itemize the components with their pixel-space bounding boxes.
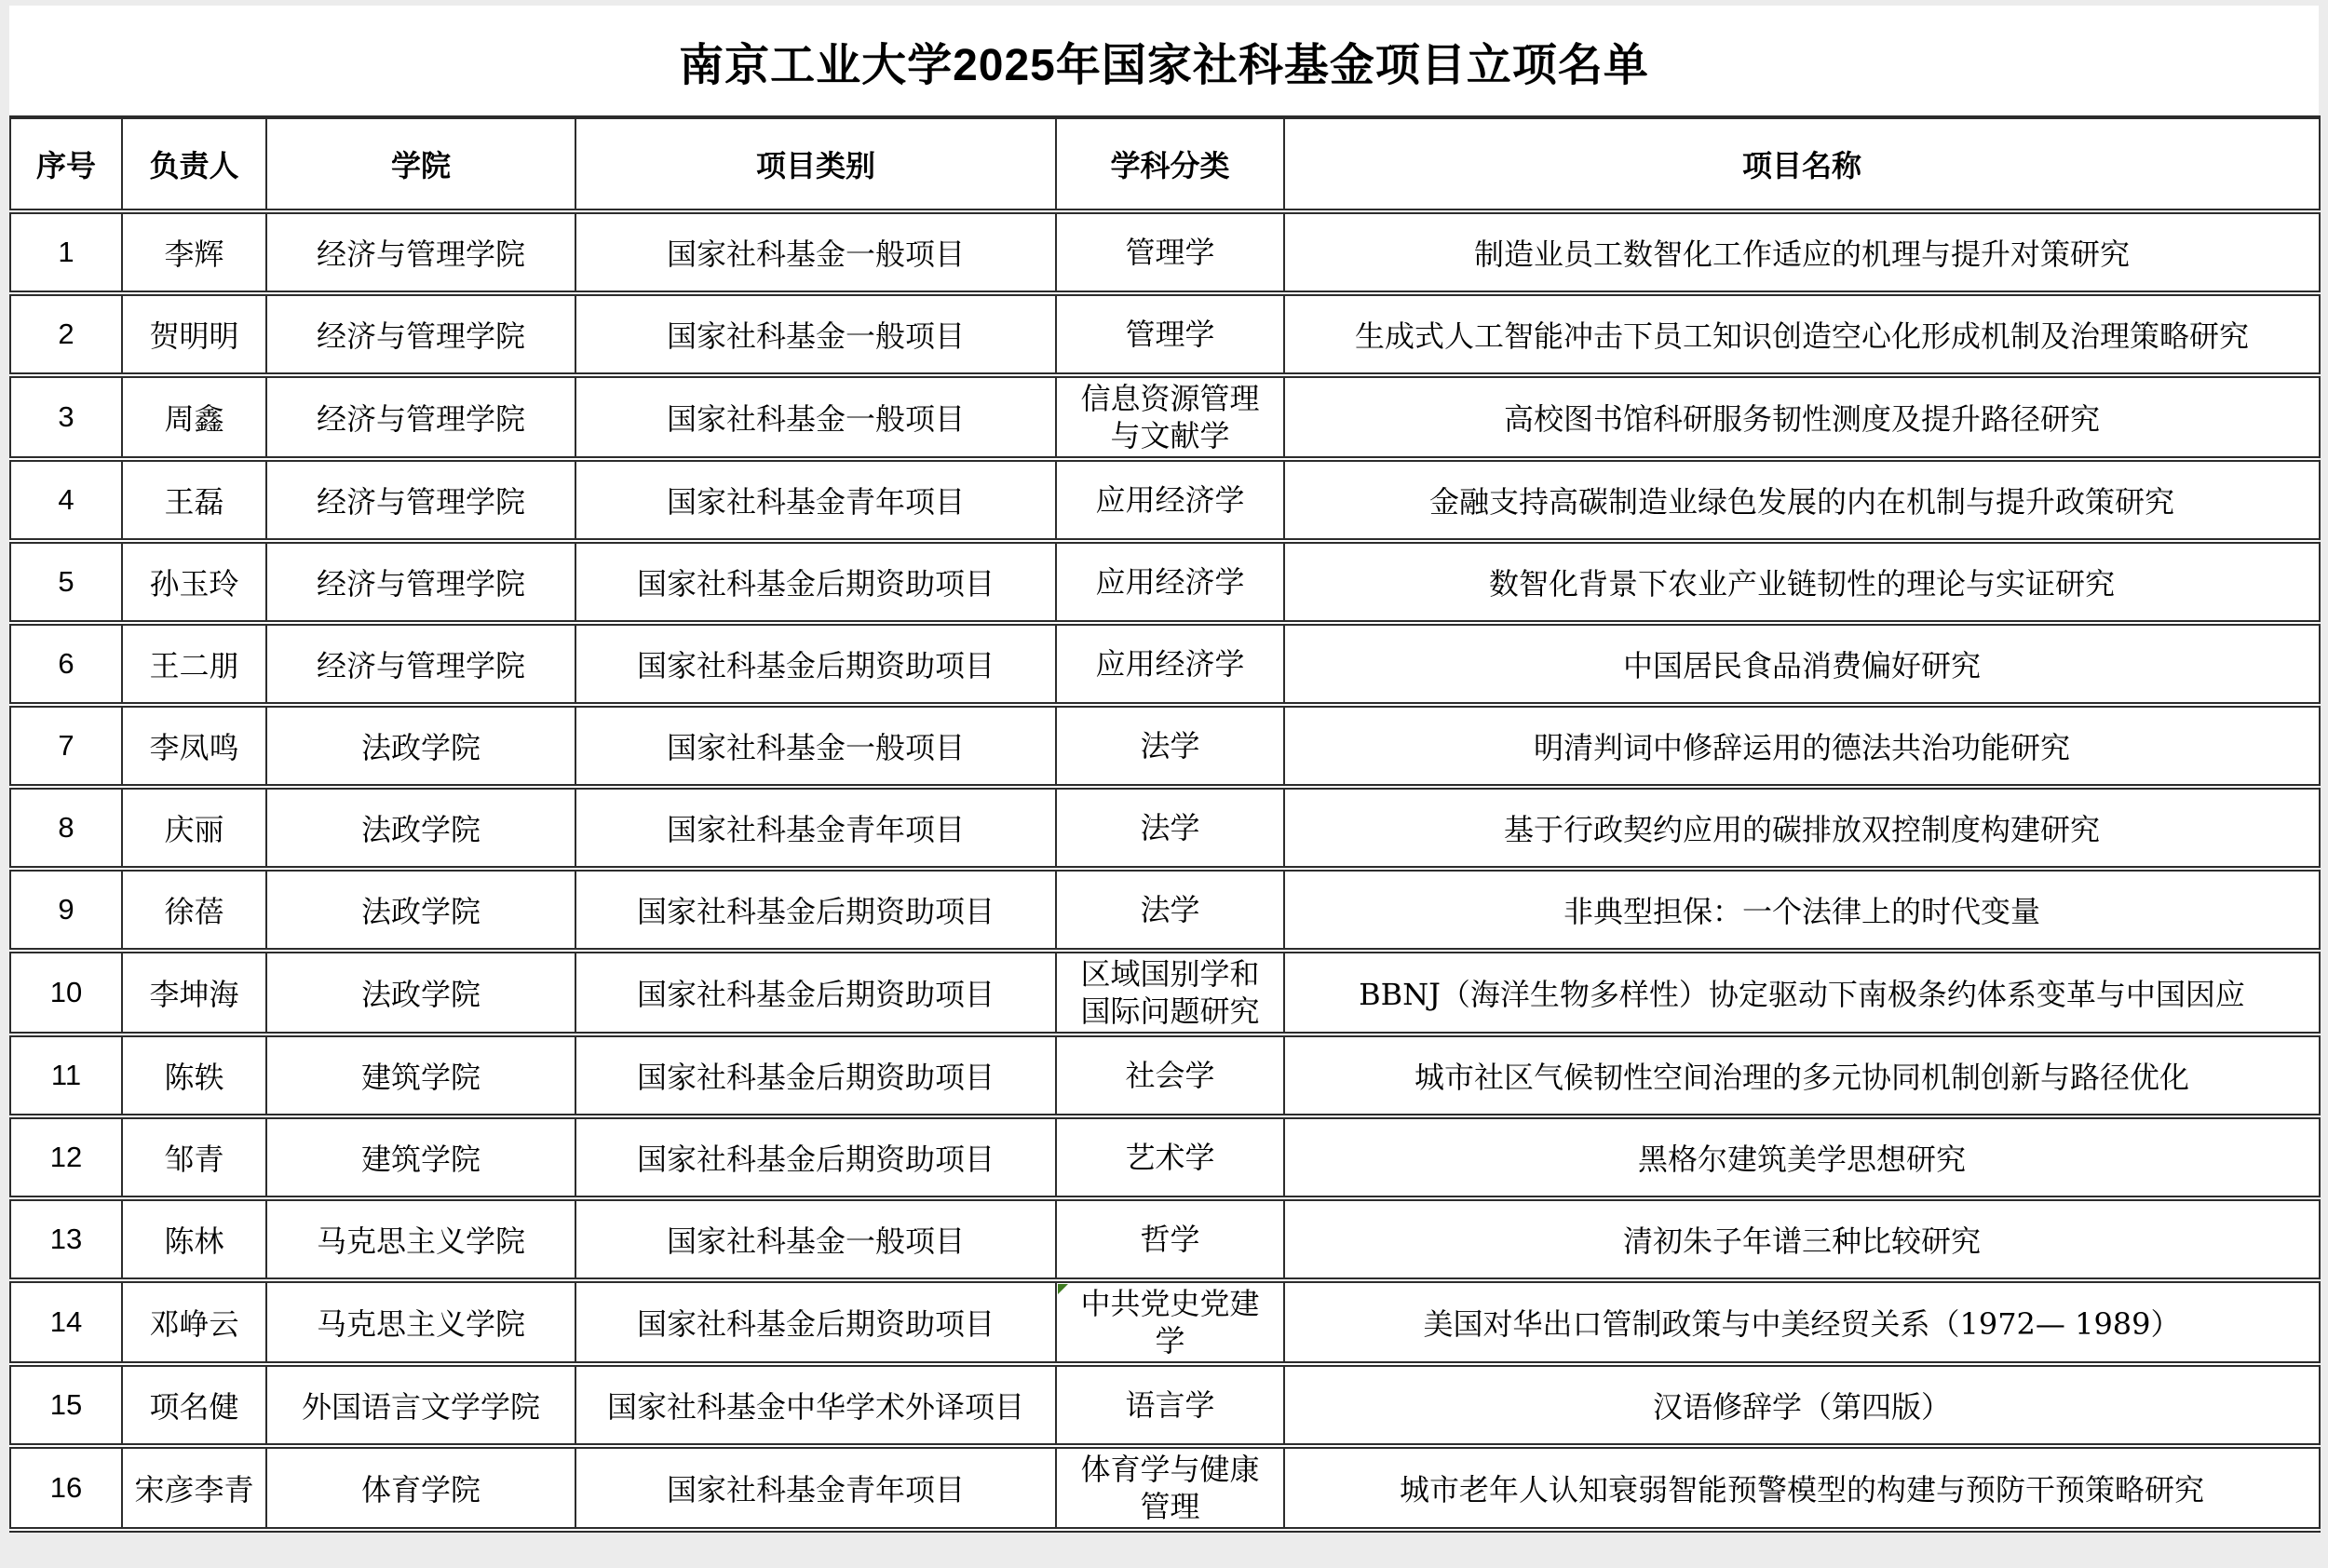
col-header-no: 序号 [10,117,122,211]
cell-discipline: 法学 [1056,869,1284,951]
cell-discipline: 管理学 [1056,293,1284,375]
cell-project: 汉语修辞学（第四版） [1284,1364,2320,1446]
cell-project: 城市社区气候韧性空间治理的多元协同机制创新与路径优化 [1284,1034,2320,1116]
cell-category: 国家社科基金后期资助项目 [575,1116,1056,1198]
cell-project: BBNJ（海洋生物多样性）协定驱动下南极条约体系变革与中国因应 [1284,951,2320,1034]
cell-leader: 邓峥云 [122,1280,266,1364]
project-table: 序号 负责人 学院 项目类别 学科分类 项目名称 1 李辉 经济与管理学院 国家… [9,115,2321,1533]
cell-category: 国家社科基金青年项目 [575,787,1056,869]
cell-no: 14 [10,1280,122,1364]
cell-category: 国家社科基金中华学术外译项目 [575,1364,1056,1446]
table-row: 15 项名健 外国语言文学学院 国家社科基金中华学术外译项目 语言学 汉语修辞学… [10,1364,2320,1446]
cell-leader: 陈林 [122,1198,266,1280]
cell-no: 15 [10,1364,122,1446]
cell-project: 明清判词中修辞运用的德法共治功能研究 [1284,705,2320,787]
cell-leader: 徐蓓 [122,869,266,951]
cell-leader: 李辉 [122,211,266,293]
cell-discipline: 应用经济学 [1056,623,1284,705]
cell-leader: 李坤海 [122,951,266,1034]
cell-no: 11 [10,1034,122,1116]
cell-no: 4 [10,459,122,541]
col-header-college: 学院 [266,117,575,211]
cell-college: 法政学院 [266,951,575,1034]
cell-no: 8 [10,787,122,869]
cell-discipline: 区域国别学和 国际问题研究 [1056,951,1284,1034]
cell-leader: 贺明明 [122,293,266,375]
table-row: 2 贺明明 经济与管理学院 国家社科基金一般项目 管理学 生成式人工智能冲击下员… [10,293,2320,375]
cell-discipline: 社会学 [1056,1034,1284,1116]
cell-discipline: 中共党史党建 学 [1056,1280,1284,1364]
table-row: 7 李凤鸣 法政学院 国家社科基金一般项目 法学 明清判词中修辞运用的德法共治功… [10,705,2320,787]
cell-college: 经济与管理学院 [266,375,575,459]
cell-leader: 邹青 [122,1116,266,1198]
cell-discipline: 应用经济学 [1056,541,1284,623]
cell-leader: 孙玉玲 [122,541,266,623]
cell-no: 12 [10,1116,122,1198]
header-row: 序号 负责人 学院 项目类别 学科分类 项目名称 [10,117,2320,211]
cell-discipline: 语言学 [1056,1364,1284,1446]
table-row: 8 庆丽 法政学院 国家社科基金青年项目 法学 基于行政契约应用的碳排放双控制度… [10,787,2320,869]
cell-no: 1 [10,211,122,293]
cell-leader: 陈轶 [122,1034,266,1116]
cell-project: 中国居民食品消费偏好研究 [1284,623,2320,705]
cell-project: 清初朱子年谱三种比较研究 [1284,1198,2320,1280]
cell-category: 国家社科基金后期资助项目 [575,951,1056,1034]
cell-leader: 王磊 [122,459,266,541]
col-header-category: 项目类别 [575,117,1056,211]
cell-discipline: 体育学与健康 管理 [1056,1446,1284,1530]
spreadsheet-area: 南京工业大学2025年国家社科基金项目立项名单 序号 负责人 学院 项目类别 学… [9,6,2319,1533]
cell-college: 马克思主义学院 [266,1198,575,1280]
cell-college: 经济与管理学院 [266,459,575,541]
cell-college: 体育学院 [266,1446,575,1530]
cell-category: 国家社科基金后期资助项目 [575,623,1056,705]
cell-project: 数智化背景下农业产业链韧性的理论与实证研究 [1284,541,2320,623]
cell-college: 法政学院 [266,705,575,787]
cell-discipline: 哲学 [1056,1198,1284,1280]
cell-no: 3 [10,375,122,459]
cell-project: 美国对华出口管制政策与中美经贸关系（1972— 1989） [1284,1280,2320,1364]
cell-no: 2 [10,293,122,375]
cell-category: 国家社科基金一般项目 [575,375,1056,459]
cell-project: 非典型担保：一个法律上的时代变量 [1284,869,2320,951]
cell-discipline: 艺术学 [1056,1116,1284,1198]
cell-discipline: 应用经济学 [1056,459,1284,541]
cell-no: 6 [10,623,122,705]
cell-project: 制造业员工数智化工作适应的机理与提升对策研究 [1284,211,2320,293]
table-row: 4 王磊 经济与管理学院 国家社科基金青年项目 应用经济学 金融支持高碳制造业绿… [10,459,2320,541]
cell-college: 经济与管理学院 [266,541,575,623]
cell-college: 外国语言文学学院 [266,1364,575,1446]
table-row: 14 邓峥云 马克思主义学院 国家社科基金后期资助项目 中共党史党建 学 美国对… [10,1280,2320,1364]
cell-discipline: 法学 [1056,787,1284,869]
cell-no: 13 [10,1198,122,1280]
cell-category: 国家社科基金一般项目 [575,1198,1056,1280]
cell-discipline: 法学 [1056,705,1284,787]
cell-project: 黑格尔建筑美学思想研究 [1284,1116,2320,1198]
cell-college: 建筑学院 [266,1116,575,1198]
cell-discipline: 管理学 [1056,211,1284,293]
table-row: 12 邹青 建筑学院 国家社科基金后期资助项目 艺术学 黑格尔建筑美学思想研究 [10,1116,2320,1198]
cell-college: 建筑学院 [266,1034,575,1116]
cell-category: 国家社科基金一般项目 [575,211,1056,293]
cell-category: 国家社科基金青年项目 [575,1446,1056,1530]
cell-college: 经济与管理学院 [266,293,575,375]
table-row: 11 陈轶 建筑学院 国家社科基金后期资助项目 社会学 城市社区气候韧性空间治理… [10,1034,2320,1116]
page-title: 南京工业大学2025年国家社科基金项目立项名单 [9,6,2319,115]
table-row: 1 李辉 经济与管理学院 国家社科基金一般项目 管理学 制造业员工数智化工作适应… [10,211,2320,293]
table-row: 3 周鑫 经济与管理学院 国家社科基金一般项目 信息资源管理 与文献学 高校图书… [10,375,2320,459]
cell-category: 国家社科基金一般项目 [575,293,1056,375]
cell-no: 5 [10,541,122,623]
cell-leader: 周鑫 [122,375,266,459]
cell-category: 国家社科基金后期资助项目 [575,869,1056,951]
table-row: 6 王二朋 经济与管理学院 国家社科基金后期资助项目 应用经济学 中国居民食品消… [10,623,2320,705]
cell-category: 国家社科基金一般项目 [575,705,1056,787]
cell-project: 基于行政契约应用的碳排放双控制度构建研究 [1284,787,2320,869]
cell-project: 高校图书馆科研服务韧性测度及提升路径研究 [1284,375,2320,459]
cell-category: 国家社科基金后期资助项目 [575,1034,1056,1116]
cell-college: 经济与管理学院 [266,623,575,705]
cell-college: 法政学院 [266,869,575,951]
cell-leader: 项名健 [122,1364,266,1446]
cell-project: 金融支持高碳制造业绿色发展的内在机制与提升政策研究 [1284,459,2320,541]
cell-college: 经济与管理学院 [266,211,575,293]
cell-no: 7 [10,705,122,787]
cell-category: 国家社科基金后期资助项目 [575,1280,1056,1364]
cell-error-marker-icon [1058,1284,1068,1294]
cell-leader: 李凤鸣 [122,705,266,787]
col-header-leader: 负责人 [122,117,266,211]
cell-leader: 宋彦李青 [122,1446,266,1530]
table-row: 13 陈林 马克思主义学院 国家社科基金一般项目 哲学 清初朱子年谱三种比较研究 [10,1198,2320,1280]
cell-discipline: 信息资源管理 与文献学 [1056,375,1284,459]
table-row: 16 宋彦李青 体育学院 国家社科基金青年项目 体育学与健康 管理 城市老年人认… [10,1446,2320,1530]
cell-college: 法政学院 [266,787,575,869]
cell-leader: 庆丽 [122,787,266,869]
cell-discipline-text: 中共党史党建 学 [1080,1286,1259,1358]
cell-no: 16 [10,1446,122,1530]
cell-project: 城市老年人认知衰弱智能预警模型的构建与预防干预策略研究 [1284,1446,2320,1530]
col-header-discipline: 学科分类 [1056,117,1284,211]
cell-no: 10 [10,951,122,1034]
cell-category: 国家社科基金青年项目 [575,459,1056,541]
col-header-project: 项目名称 [1284,117,2320,211]
table-row: 10 李坤海 法政学院 国家社科基金后期资助项目 区域国别学和 国际问题研究 B… [10,951,2320,1034]
cell-project: 生成式人工智能冲击下员工知识创造空心化形成机制及治理策略研究 [1284,293,2320,375]
cell-leader: 王二朋 [122,623,266,705]
table-row: 5 孙玉玲 经济与管理学院 国家社科基金后期资助项目 应用经济学 数智化背景下农… [10,541,2320,623]
cell-college: 马克思主义学院 [266,1280,575,1364]
cell-no: 9 [10,869,122,951]
table-row: 9 徐蓓 法政学院 国家社科基金后期资助项目 法学 非典型担保：一个法律上的时代… [10,869,2320,951]
cell-category: 国家社科基金后期资助项目 [575,541,1056,623]
